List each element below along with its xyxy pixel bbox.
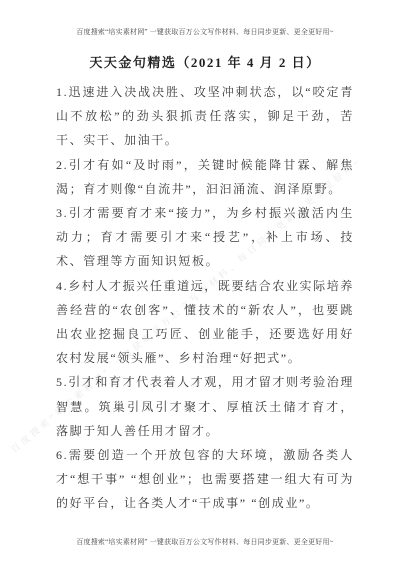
document-body: 1.迅速进入决战决胜、攻坚冲刺状态，以“咬定青山不放松”的劲头狠抓责任落实，铆足… [56,80,354,516]
paragraph-3: 3.引才需要育才来“接力”，为乡村振兴激活内生动力；育才需要引才来“授艺”，补上… [56,201,354,274]
header-promo-note: 百度搜索“培实素材网” 一键获取百万公文写作材料、每日同步更新、更全更好用~ [0,27,410,37]
footer-promo-note: 百度搜索“培实素材网” 一键获取百万公文写作材料、每日同步更新、更全更好用~ [0,537,410,547]
page-title: 天天金句精选（2021 年 4 月 2 日） [0,52,410,71]
paragraph-6: 6.需要创造一个开放包容的大环境，激励各类人才“想干事” “想创业”；也需要搭建… [56,443,354,516]
document-page: 百度搜索“培实素材网” 一键获取百万公文写作材料、每日同步更新、更全更好用~ 百… [0,0,410,580]
paragraph-1: 1.迅速进入决战决胜、攻坚冲刺状态，以“咬定青山不放松”的劲头狠抓责任落实，铆足… [56,80,354,153]
paragraph-5: 5.引才和育才代表着人才观，用才留才则考验治理智慧。筑巢引凤引才聚才、厚植沃土储… [56,370,354,443]
paragraph-2: 2.引才有如“及时雨”，关键时候能降甘霖、解焦渴；育才则像“自流井”，汩汩涌流、… [56,153,354,201]
paragraph-4: 4.乡村人才振兴任重道远，既要结合农业实际培养善经营的“农创客”、懂技术的“新农… [56,274,354,371]
